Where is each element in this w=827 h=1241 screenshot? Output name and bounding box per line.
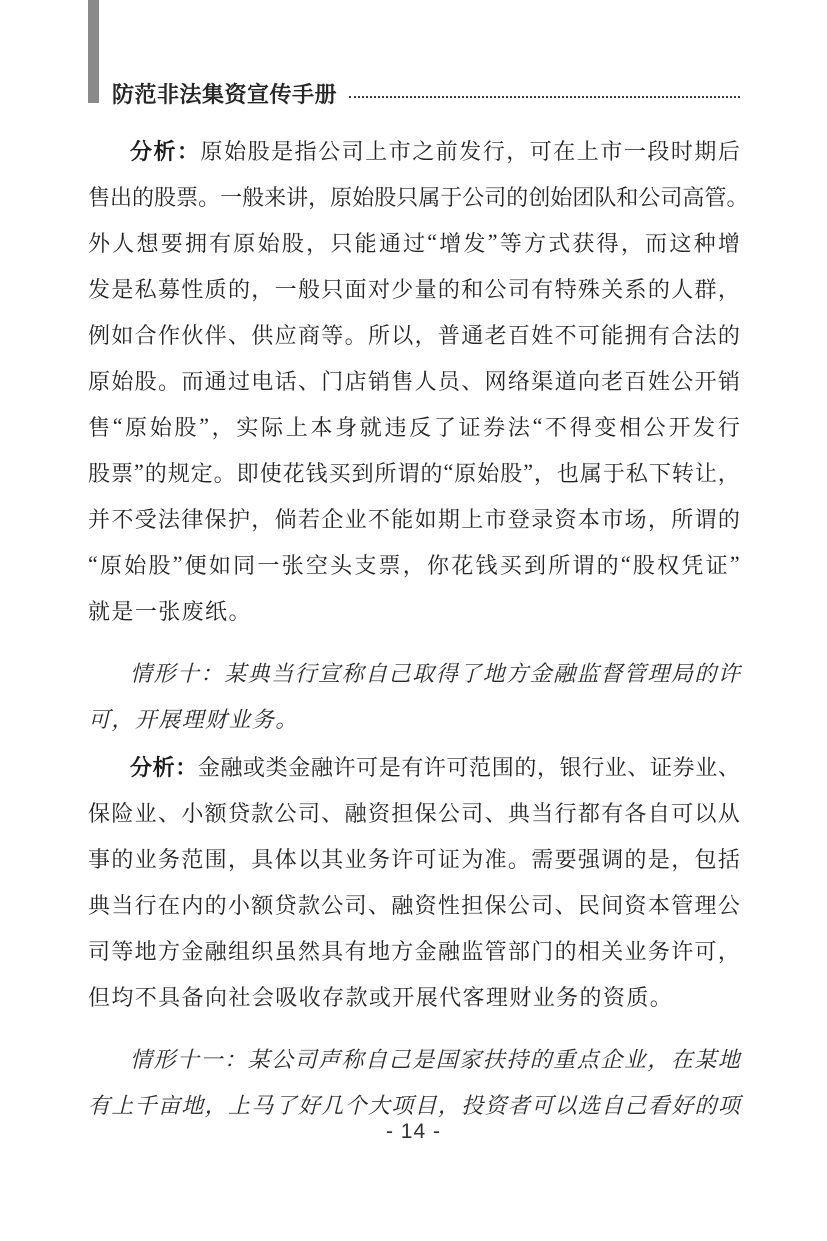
text-line: 发是私募性质的，一般只面对少量的和公司有特殊关系的人群， bbox=[88, 265, 740, 311]
text-line: 保险业、小额贷款公司、融资担保公司、典当行都有各自可以从 bbox=[88, 789, 740, 835]
text-line: 典当行在内的小额贷款公司、融资性担保公司、民间资本管理公 bbox=[88, 881, 740, 927]
text-line: 情形十：某典当行宣称自己取得了地方金融监督管理局的许 bbox=[88, 649, 740, 695]
document-page: 防范非法集资宣传手册 分析：原始股是指公司上市之前发行，可在上市一段时期后售出的… bbox=[0, 0, 827, 1241]
text-line: 外人想要拥有原始股，只能通过“增发”等方式获得，而这种增 bbox=[88, 219, 740, 265]
text-line: 股票”的规定。即使花钱买到所谓的“原始股”，也属于私下转让， bbox=[88, 449, 740, 495]
text-line: 例如合作伙伴、供应商等。所以，普通老百姓不可能拥有合法的 bbox=[88, 311, 740, 357]
analysis-paragraph: 分析：原始股是指公司上市之前发行，可在上市一段时期后售出的股票。一般来讲，原始股… bbox=[88, 127, 740, 633]
text-line: 但均不具备向社会吸收存款或开展代客理财业务的资质。 bbox=[88, 973, 740, 1019]
scenario-paragraph: 情形十：某典当行宣称自己取得了地方金融监督管理局的许可，开展理财业务。 bbox=[88, 649, 740, 741]
text-line: 分析：金融或类金融许可是有许可范围的，银行业、证券业、 bbox=[88, 743, 740, 789]
text-line: 分析：原始股是指公司上市之前发行，可在上市一段时期后 bbox=[88, 127, 740, 173]
header-accent-bar bbox=[88, 0, 99, 103]
text-line: 售“原始股”，实际上本身就违反了证券法“不得变相公开发行 bbox=[88, 403, 740, 449]
analysis-paragraph: 分析：金融或类金融许可是有许可范围的，银行业、证券业、保险业、小额贷款公司、融资… bbox=[88, 743, 740, 1019]
text-line: 就是一张废纸。 bbox=[88, 587, 740, 633]
page-header: 防范非法集资宣传手册 bbox=[112, 78, 740, 109]
text-line: 可，开展理财业务。 bbox=[88, 695, 740, 741]
text-line: 售出的股票。一般来讲，原始股只属于公司的创始团队和公司高管。 bbox=[88, 173, 740, 219]
text-line: 司等地方金融组织虽然具有地方金融监管部门的相关业务许可， bbox=[88, 927, 740, 973]
text-line: 并不受法律保护，倘若企业不能如期上市登录资本市场，所谓的 bbox=[88, 495, 740, 541]
body-text: 分析：原始股是指公司上市之前发行，可在上市一段时期后售出的股票。一般来讲，原始股… bbox=[88, 127, 740, 1127]
text-line: 事的业务范围，具体以其业务许可证为准。需要强调的是，包括 bbox=[88, 835, 740, 881]
text-line: “原始股”便如同一张空头支票，你花钱买到所谓的“股权凭证” bbox=[88, 541, 740, 587]
text-line: 原始股。而通过电话、门店销售人员、网络渠道向老百姓公开销 bbox=[88, 357, 740, 403]
page-number: - 14 - bbox=[0, 1120, 827, 1144]
scenario-paragraph: 情形十一：某公司声称自己是国家扶持的重点企业，在某地有上千亩地，上马了好几个大项… bbox=[88, 1035, 740, 1127]
header-title: 防范非法集资宣传手册 bbox=[112, 78, 337, 109]
text-line: 情形十一：某公司声称自己是国家扶持的重点企业，在某地 bbox=[88, 1035, 740, 1081]
header-dotted-rule bbox=[349, 96, 740, 98]
